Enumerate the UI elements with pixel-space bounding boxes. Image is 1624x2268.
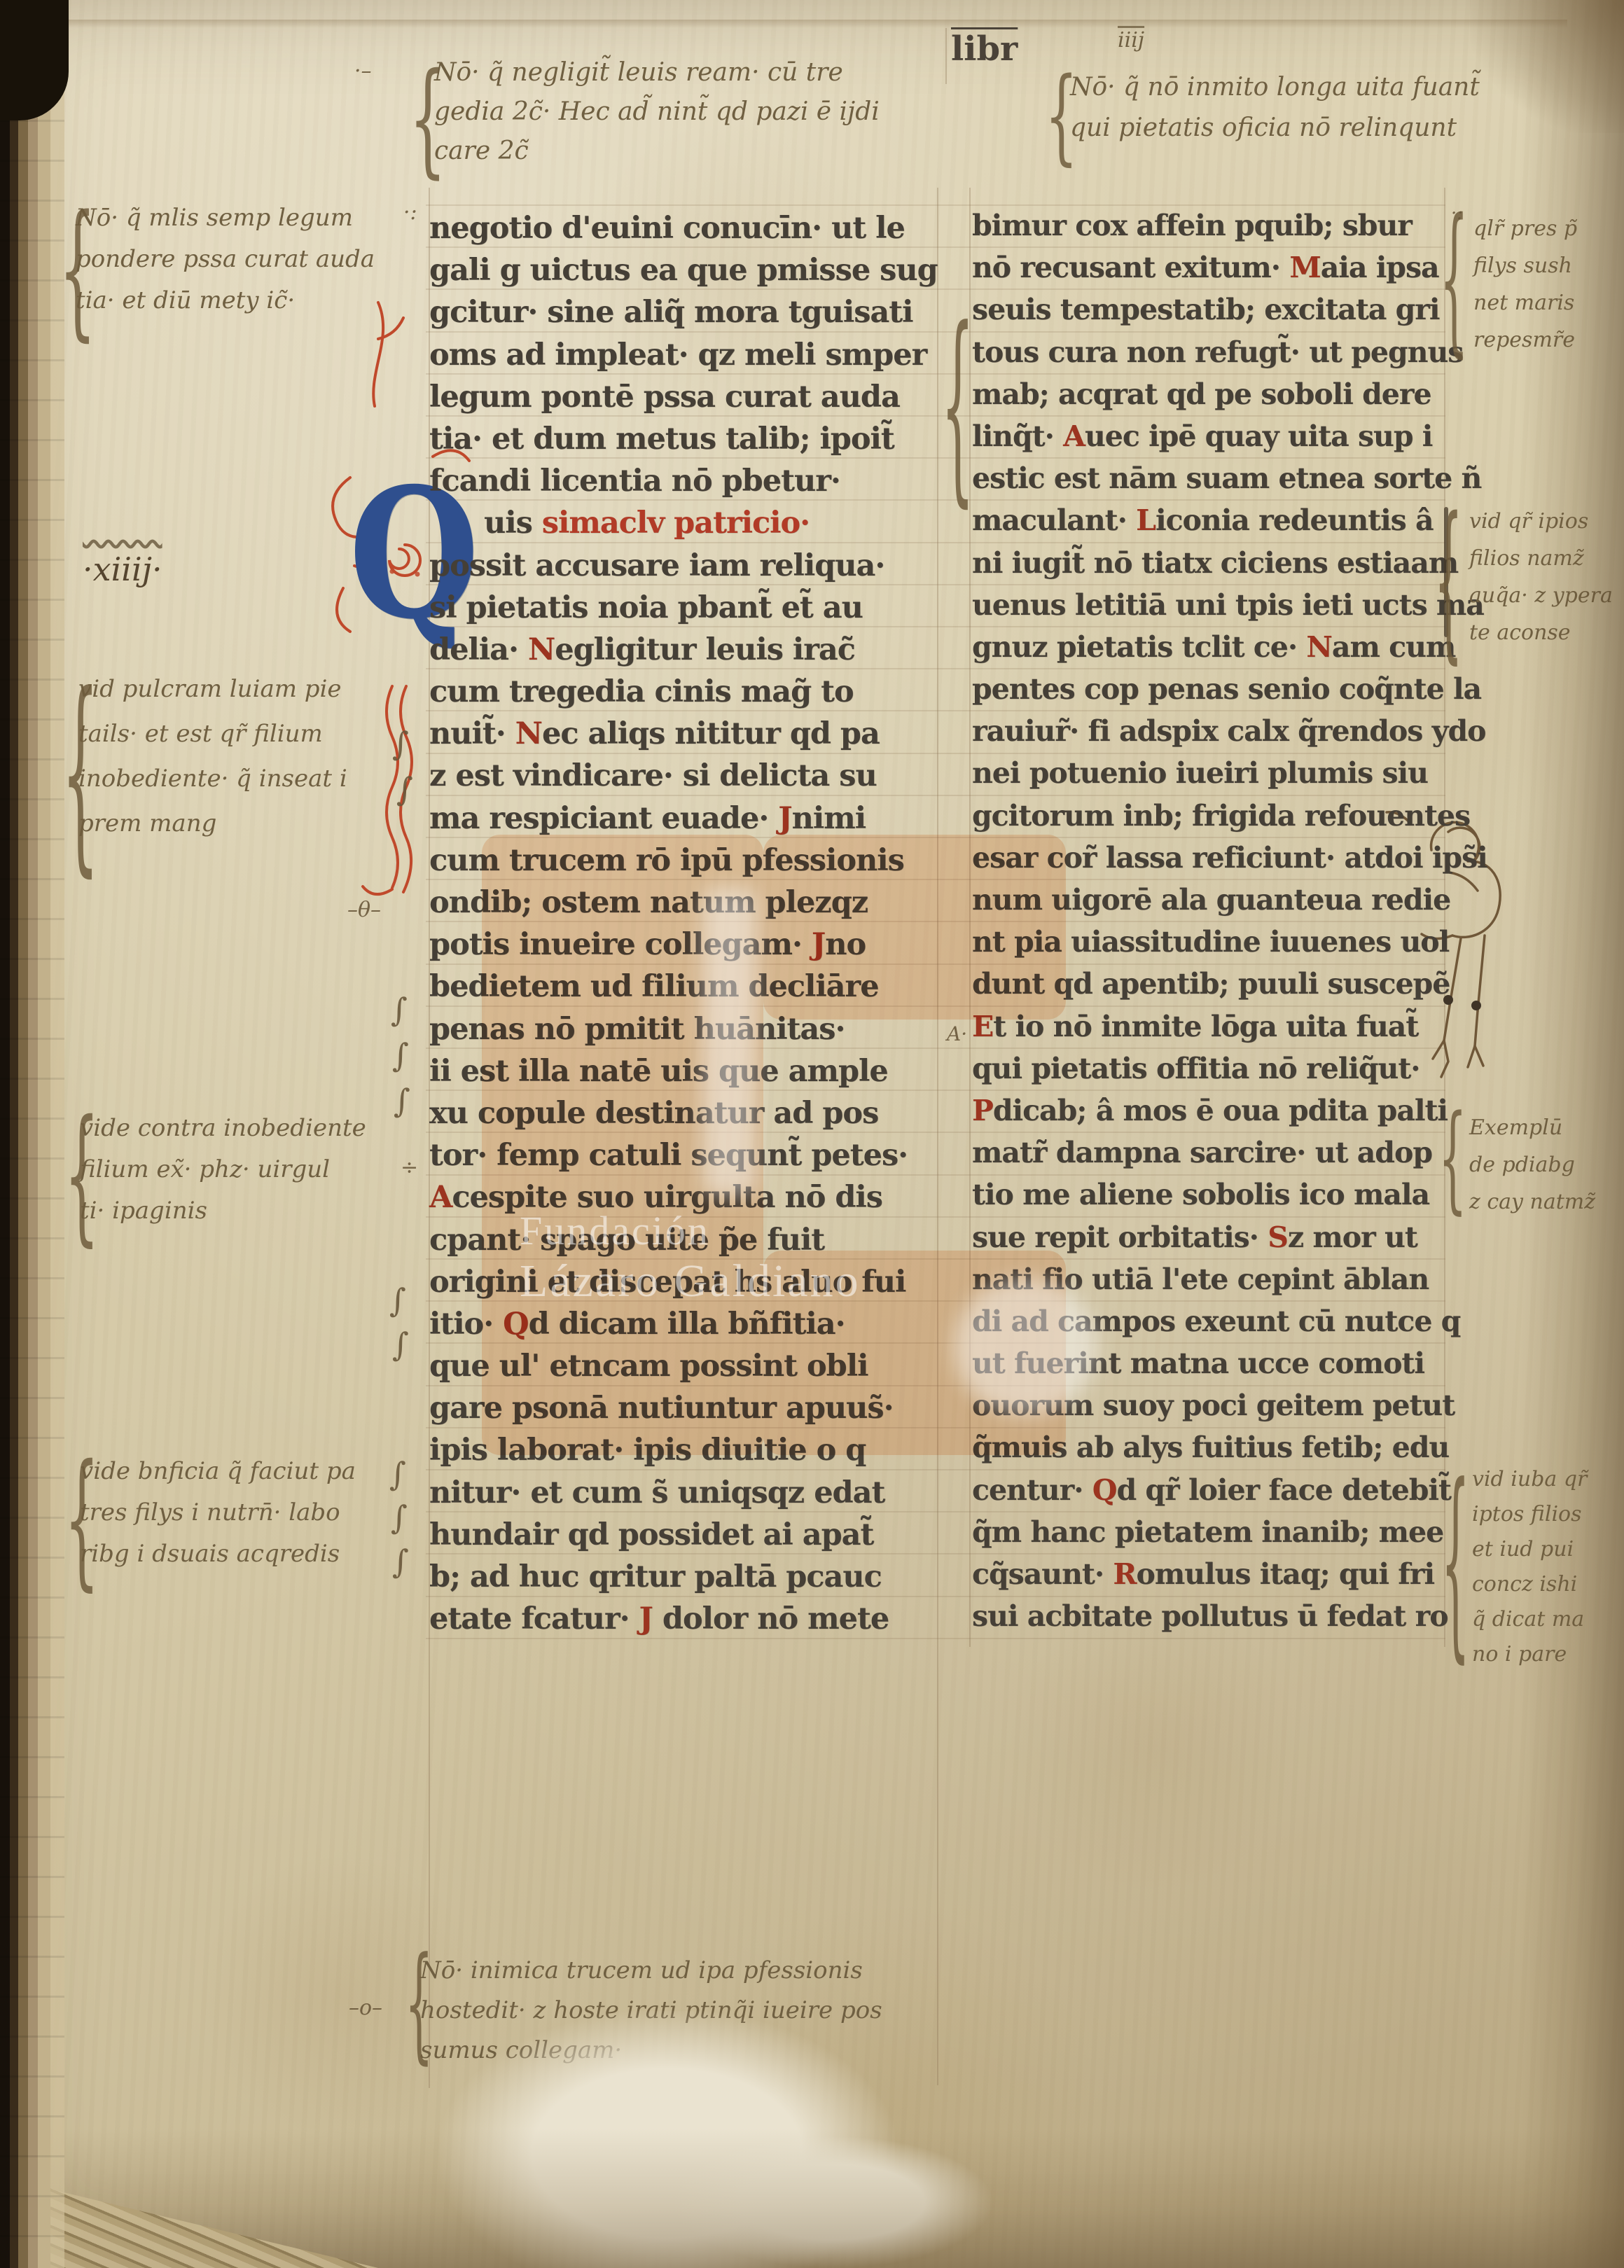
text-line: di ad campos exeunt cū nutce q	[972, 1300, 1455, 1342]
text-segment: Q	[1092, 1473, 1117, 1507]
brace-left-3: {	[64, 1091, 99, 1261]
text-line: cq̃saunt· Romulus itaq; qui fri	[972, 1553, 1455, 1595]
margin-note-left-2: vid pulcram luiam pietails· et est qr̃ f…	[78, 667, 415, 846]
text-line: Pdicab; â mos ē oua pdita palti	[972, 1090, 1455, 1132]
text-segment: delia·	[429, 632, 528, 667]
pen-mark: –θ–	[347, 898, 381, 922]
text-line: pondere pssa curat auda	[76, 239, 412, 280]
text-line: pentes cop penas senio coq̃nte la	[972, 668, 1455, 710]
text-line: tor· femp catuli sequnt̃ petes·	[429, 1134, 923, 1176]
text-line: cum tregedia cinis mag̃ to	[429, 671, 923, 713]
text-segment: ec aliqs nititur qd pa	[542, 716, 880, 751]
text-line: potis inueire collegam· Jno	[429, 924, 923, 966]
text-segment: potis inueire collegam·	[429, 927, 812, 962]
text-line: gali g uictus ea que pmisse sug	[429, 249, 923, 291]
ruling-line-vertical	[937, 188, 938, 2085]
text-line: estic est nām suam etnea sorte ñ	[972, 457, 1455, 499]
text-line: ii est illa natē uis que ample	[429, 1050, 923, 1092]
text-segment: dicab; â mos ē oua pdita palti	[993, 1094, 1448, 1127]
text-segment: no	[825, 927, 866, 962]
text-column-left: negotio d'euini conucīn· ut legali g uic…	[429, 207, 923, 1640]
text-line: penas nō pmitit huānitas·	[429, 1008, 923, 1050]
brace-top-right: {	[1045, 56, 1078, 176]
text-segment: dolor nō mete	[653, 1601, 889, 1636]
text-segment: cq̃saunt·	[972, 1557, 1113, 1591]
text-segment: etate fcatur·	[429, 1601, 639, 1636]
text-line: vide bnficia q̃ faciut pa	[80, 1451, 423, 1492]
text-line: tio me aliene sobolis ico mala	[972, 1174, 1455, 1216]
text-line: tails· et est qr̃ filium	[78, 711, 415, 756]
text-line: b; ad huc qritur paltā pcauc	[429, 1556, 923, 1598]
text-line: fcandi licentia nō pbetur·	[429, 460, 923, 502]
text-line: Nō· q̃ mlis semp legum	[76, 197, 412, 239]
text-line: bimur cox affein pquib; sbur	[972, 204, 1455, 246]
text-line: etate fcatur· J dolor nō mete	[429, 1598, 923, 1640]
pen-mark: ∫	[392, 1326, 409, 1363]
text-line: gnuz pietatis tclit ce· Nam cum	[972, 626, 1455, 668]
text-line: gedia 2c̃· Hec ad̃ nint̃ qd pazi ē ijdi	[434, 92, 980, 132]
text-line: origini et discepat hs aluo fui	[429, 1261, 923, 1303]
text-line: maculant· Liconia redeuntis â	[972, 499, 1455, 541]
text-segment: aia ipsa	[1321, 251, 1439, 284]
text-line: q̃muis ab alys fuitius fetib; edu	[972, 1426, 1455, 1468]
text-line: ni iugit̃ nō tiatx ciciens estiaam	[972, 542, 1455, 584]
brace-column2: {	[941, 286, 974, 527]
text-line: cpant· spago uite p̃e fuit	[429, 1219, 923, 1261]
text-segment: sue repit orbitatis·	[972, 1220, 1268, 1254]
text-segment: ma respiciant euade·	[429, 801, 778, 836]
text-line: nati fio utiā l'ete cepint āblan	[972, 1258, 1455, 1300]
text-line: vide contra inobediente	[80, 1108, 416, 1149]
text-line: possit accusare iam reliqua·	[429, 545, 923, 587]
text-line: ma respiciant euade· Jnimi	[429, 798, 923, 840]
text-line: prem mang	[78, 801, 415, 846]
text-line: inobediente· q̃ inseat i	[78, 756, 415, 801]
brace-bottom: {	[405, 1933, 433, 2078]
text-segment: N	[528, 632, 555, 667]
text-line: gcitorum inb; frigida refouentes	[972, 795, 1455, 837]
text-line: delia· Negligitur leuis irac̃	[429, 629, 923, 671]
text-line: Nō· q̃ negligit̃ leuis ream· cū tre	[434, 53, 980, 92]
pen-mark: ÷	[401, 1155, 418, 1180]
parchment-page: Q libr iiij ·xiiij· Nō· q̃ negligit̃ l	[0, 0, 1624, 2268]
text-line: oms ad impleat· qz meli smper	[429, 334, 923, 376]
rubric-text: simaclv patricio·	[542, 506, 810, 541]
chapter-number: ·xiiij·	[83, 550, 162, 588]
margin-note-left-1: Nō· q̃ mlis semp legumpondere pssa curat…	[76, 197, 412, 321]
text-segment: L	[1136, 503, 1155, 537]
text-line: nō recusant exitum· Maia ipsa	[972, 246, 1455, 288]
text-line: negotio d'euini conucīn· ut le	[429, 207, 923, 249]
pen-mark: ∫	[391, 991, 408, 1029]
text-line: ribg i dsuais acqredis	[80, 1533, 423, 1575]
text-line: num uigorē ala guanteua redie	[972, 879, 1455, 921]
text-line: ouorum suoy poci geitem petut	[972, 1384, 1455, 1426]
text-segment: S	[1268, 1220, 1288, 1254]
text-segment: N	[515, 716, 542, 751]
brace-right-4: {	[1441, 1445, 1470, 1683]
text-column-right: bimur cox affein pquib; sburnō recusant …	[972, 204, 1455, 1637]
text-line: qui pietatis offitia nō reliq̃ut·	[972, 1048, 1455, 1090]
text-line: gare psonā nutiuntur apuus̃·	[429, 1387, 923, 1429]
text-segment: z mor ut	[1288, 1220, 1417, 1254]
text-line: mab; acqrat qd pe soboli dere	[972, 373, 1455, 415]
brace-left-2: {	[62, 648, 99, 896]
brace-left-1: {	[59, 183, 96, 355]
text-segment: J	[639, 1601, 653, 1636]
text-segment: A	[1063, 419, 1085, 453]
text-line: vid pulcram luiam pie	[78, 667, 415, 711]
text-segment: E	[972, 1010, 993, 1043]
brace-left-4: {	[64, 1435, 99, 1606]
text-line: cum trucem rō ipū pfessionis	[429, 840, 923, 882]
text-segment: d qr̃ loier face detebit̃	[1116, 1473, 1450, 1507]
text-segment: t io nō inmite lōga uita fuat̃	[993, 1010, 1418, 1043]
text-line: hundair qd possidet ai apat̃	[429, 1514, 923, 1556]
text-segment: A	[429, 1180, 452, 1215]
text-line: q̃m hanc pietatem inanib; mee	[972, 1511, 1455, 1553]
text-line: esar cor̃ lassa reficiunt· atdoi ips̃i	[972, 837, 1455, 879]
pen-mark: ∫	[394, 1082, 410, 1120]
pen-mark: ·:	[1451, 203, 1463, 224]
brace-top-left: {	[409, 46, 446, 190]
pen-mark: ∫	[389, 1455, 406, 1493]
text-segment: Q	[503, 1307, 528, 1342]
text-line: z est vindicare· si delicta su	[429, 755, 923, 797]
text-line: ut fuerint matna ucce comoti	[972, 1342, 1455, 1384]
text-segment: egligitur leuis irac̃	[555, 632, 855, 667]
pen-mark: A·	[947, 1022, 967, 1045]
text-line: matr̃ dampna sarcire· ut adop	[972, 1132, 1455, 1174]
brace-right-2: {	[1434, 485, 1463, 681]
page-curve-shadow	[1519, 0, 1624, 2268]
text-line: xu copule destinatur ad pos	[429, 1092, 923, 1134]
text-line: rauiur̃· fi adspix calx q̃rendos ydo	[972, 710, 1455, 752]
text-line: sue repit orbitatis· Sz mor ut	[972, 1216, 1455, 1258]
pen-mark: ∫	[392, 1036, 409, 1074]
text-line: gcitur· sine aliq̃ mora tguisati	[429, 291, 923, 333]
pen-mark: ·:	[403, 200, 417, 225]
text-line: sui acbitate pollutus ū fedat ro	[972, 1595, 1455, 1637]
text-line: que ul' etncam possint obli	[429, 1345, 923, 1387]
text-line: tia· et diū mety ic̃·	[76, 280, 412, 321]
text-segment: centur·	[972, 1473, 1092, 1507]
text-line: itio· Qd dicam illa bñfitia·	[429, 1303, 923, 1345]
text-segment: d dicam illa bñfitia·	[529, 1307, 845, 1342]
text-line: uis simaclv patricio·	[429, 502, 923, 544]
text-line: ti· ipaginis	[80, 1190, 416, 1232]
pen-mark: ·–	[354, 59, 372, 83]
text-segment: maculant·	[972, 503, 1136, 537]
brace-right-3: {	[1438, 1092, 1467, 1227]
text-line: Et io nō inmite lōga uita fuat̃	[972, 1006, 1455, 1048]
text-line: Nō· inimica trucem ud ipa pfessionis	[420, 1951, 980, 1991]
pen-mark: ∫	[392, 725, 409, 763]
page-top-edge	[62, 20, 1567, 28]
text-line: nei potuenio iueiri plumis siu	[972, 752, 1455, 794]
text-line: linq̃t· Auec ipē quay uita sup i	[972, 415, 1455, 457]
text-line: dunt qd apentib; puuli suscepẽ	[972, 963, 1455, 1005]
text-segment: cespite suo uirgulta nō dis	[452, 1180, 882, 1215]
text-segment: uec ipē quay uita sup i	[1085, 419, 1432, 453]
pen-mark: –o–	[349, 1996, 382, 2020]
text-line: ipis laborat· ipis diuitie o q	[429, 1429, 923, 1471]
text-segment: M	[1289, 251, 1320, 284]
text-segment: gnuz pietatis tclit ce·	[972, 630, 1306, 664]
text-line: nuit̃· Nec aliqs nititur qd pa	[429, 713, 923, 755]
text-segment: itio·	[429, 1307, 503, 1342]
text-segment: R	[1113, 1557, 1136, 1591]
text-line: si pietatis noia pbant̃ et̃ au	[429, 587, 923, 629]
pen-mark: ∫	[389, 1281, 406, 1319]
text-line: care 2c̃	[434, 132, 980, 171]
text-line: filium ex̃· phz· uirgul	[80, 1149, 416, 1190]
text-segment: iconia redeuntis â	[1155, 503, 1434, 537]
text-line: centur· Qd qr̃ loier face detebit̃	[972, 1469, 1455, 1511]
text-line: seuis tempestatib; excitata gri	[972, 288, 1455, 331]
margin-note-left-4: vide bnficia q̃ faciut patres filys i nu…	[80, 1451, 423, 1575]
margin-note-left-3: vide contra inobedientefilium ex̃· phz· …	[80, 1108, 416, 1232]
text-line: uenus letitiā uni tpis ieti ucts ma	[972, 584, 1455, 626]
text-segment: nō recusant exitum·	[972, 251, 1289, 284]
text-segment: nuit̃·	[429, 716, 515, 751]
text-line: tous cura non refugt̃· ut pegnus	[972, 331, 1455, 373]
text-segment: N	[1306, 630, 1331, 664]
text-line: tia· et dum metus talib; ipoit̃	[429, 418, 923, 460]
top-note-left: Nō· q̃ negligit̃ leuis ream· cū tregedia…	[434, 53, 980, 171]
text-line: ondib; ostem natum plezqz	[429, 882, 923, 924]
text-segment: nimi	[792, 801, 866, 836]
text-segment: J	[778, 801, 791, 836]
text-segment: uis	[484, 506, 542, 541]
text-line: legum pontē pssa curat auda	[429, 376, 923, 418]
pen-mark: ∫	[391, 1498, 408, 1536]
text-line: Acespite suo uirgulta nō dis	[429, 1176, 923, 1218]
quire-mark: iiij	[1118, 28, 1144, 53]
text-segment: omulus itaq; qui fri	[1136, 1557, 1434, 1591]
text-line: nt pia uiassitudine iuuenes uol	[972, 921, 1455, 963]
pen-mark: ∫	[392, 1543, 409, 1580]
text-line: tres filys i nutrn̄· labo	[80, 1492, 423, 1533]
gutter-streaks	[0, 0, 64, 2268]
text-line: bedietem ud filium decliāre	[429, 966, 923, 1008]
text-segment: P	[972, 1094, 993, 1127]
pen-mark: ∫	[396, 770, 413, 808]
text-segment: linq̃t·	[972, 419, 1063, 453]
manuscript-photo: Q libr iiij ·xiiij· Nō· q̃ negligit̃ l	[0, 0, 1624, 2268]
text-line: nitur· et cum s̃ uniqsqz edat	[429, 1472, 923, 1514]
text-segment: J	[812, 927, 825, 962]
